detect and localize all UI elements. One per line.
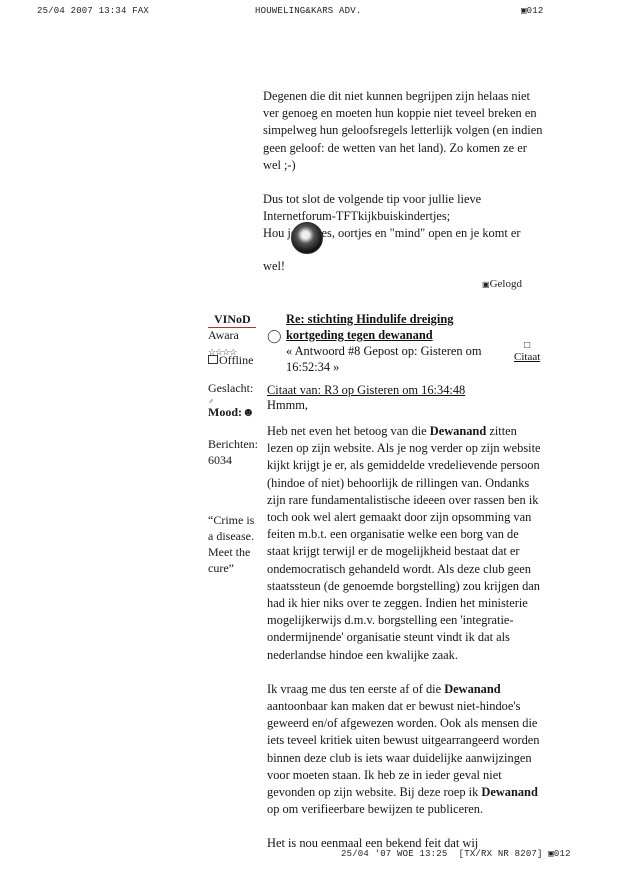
previous-closing: wel!	[263, 222, 543, 257]
posts-label: Berichten:	[208, 436, 258, 452]
fax-footer-text: 25/04 '07 WOE 13:25 [TX/RX NR 8207]	[341, 849, 543, 859]
quote-label: Citaat	[514, 351, 540, 363]
fax-datetime: 25/04 2007 13:34 FAX	[37, 6, 149, 16]
logged-label: Gelogd	[490, 278, 522, 290]
mood: Mood:☻	[208, 404, 255, 420]
mood-icon: ☻	[242, 405, 255, 419]
emphasized-name: Dewanand	[444, 682, 500, 696]
quote-header[interactable]: Citaat van: R3 op Gisteren om 16:34:48	[267, 383, 465, 398]
previous-paragraph: Dus tot slot de volgende tip voor jullie…	[263, 191, 543, 225]
previous-post-body: Degenen die dit niet kunnen begrijpen zi…	[263, 88, 543, 243]
post-paragraph: Heb net even het betoog van die Dewanand…	[267, 423, 542, 664]
fax-sender: HOUWELING&KARS ADV.	[255, 6, 361, 16]
post-icon: ◯	[267, 328, 282, 344]
fax-footer-page: 012	[554, 849, 571, 859]
quote-text: Hmmm,	[267, 398, 308, 413]
text-segment: zitten lezen op zijn website. Als je nog…	[267, 424, 541, 662]
post-meta: « Antwoord #8 Gepost op: Gisteren om 16:…	[286, 343, 496, 375]
author-name[interactable]: VINoD	[208, 311, 256, 328]
fax-page-number: 012	[527, 6, 544, 16]
emphasized-name: Dewanand	[430, 424, 486, 438]
text-segment: Ik vraag me dus ten eerste af of die	[267, 682, 444, 696]
author-status: Offline	[208, 352, 253, 368]
smiley-icon	[291, 222, 323, 254]
post-paragraph: Ik vraag me dus ten eerste af of die Dew…	[267, 681, 542, 819]
logged-indicator[interactable]: ▣Gelogd	[482, 278, 522, 290]
offline-icon	[208, 355, 218, 364]
gender-label: Geslacht:	[208, 380, 253, 396]
closing-text: wel!	[263, 259, 285, 273]
posts-count: 6034	[208, 452, 232, 468]
post-title[interactable]: Re: stichting Hindulife dreiging kortged…	[286, 311, 486, 343]
emphasized-name: Dewanand	[481, 785, 537, 799]
fax-page: ▣012	[521, 6, 543, 16]
mood-label: Mood:	[208, 405, 242, 419]
status-text: Offline	[219, 353, 253, 367]
quote-button[interactable]: □ Citaat	[514, 340, 540, 363]
fax-footer: 25/04 '07 WOE 13:25 [TX/RX NR 8207] ▣012	[341, 849, 571, 859]
logged-icon: ▣	[482, 280, 490, 289]
post-body: Heb net even het betoog van die Dewanand…	[267, 423, 542, 853]
author-rank: Awara	[208, 327, 239, 343]
previous-paragraph: Degenen die dit niet kunnen begrijpen zi…	[263, 88, 543, 174]
author-signature: “Crime is a disease. Meet the cure”	[208, 512, 260, 576]
text-segment: Heb net even het betoog van die	[267, 424, 430, 438]
text-segment: op om verifieerbare bewijzen te publicer…	[267, 802, 483, 816]
quote-icon: □	[514, 340, 540, 351]
